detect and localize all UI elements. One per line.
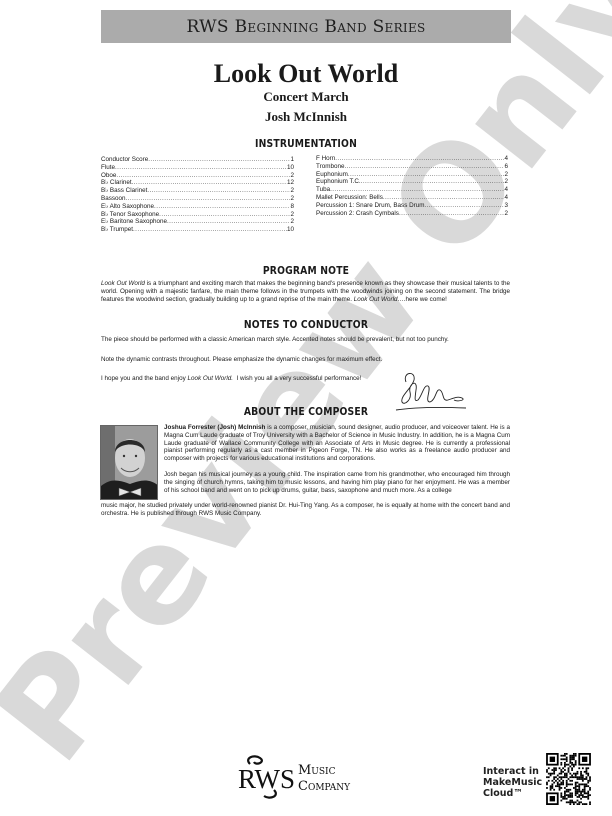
instrument-name: E♭ Baritone Saxophone	[101, 218, 167, 226]
piece-title: Look Out World	[0, 59, 612, 89]
instrumentation-list-left: Conductor Score1Flute10Oboe2B♭ Clarinet1…	[101, 156, 294, 234]
qr-code-icon[interactable]	[546, 753, 591, 805]
part-count: 3	[504, 202, 508, 210]
composer-bio-2-top: Josh began his musical journey as a youn…	[164, 471, 510, 494]
part-count: 2	[504, 210, 508, 218]
part-count: 8	[290, 203, 294, 211]
leader-dots	[147, 187, 290, 195]
leader-dots	[167, 218, 290, 226]
instrumentation-row: Bassoon2	[101, 195, 294, 203]
program-note-heading: PROGRAM NOTE	[37, 265, 576, 277]
leader-dots	[383, 194, 505, 202]
composer-full-name: Joshua Forrester (Josh) McInnish	[164, 424, 265, 431]
leader-dots	[132, 179, 287, 187]
part-count: 2	[290, 172, 294, 180]
instrumentation-row: Euphonium2	[316, 171, 508, 179]
series-banner: RWS Beginning Band Series	[101, 10, 511, 43]
piece-subtitle: Concert March	[0, 89, 612, 105]
leader-dots	[154, 203, 290, 211]
instrumentation-row: B♭ Clarinet12	[101, 179, 294, 187]
conductor-note-2: Note the dynamic contrasts throughout. P…	[101, 356, 510, 364]
composer-bio-1: Joshua Forrester (Josh) McInnish is a co…	[164, 424, 510, 463]
instrumentation-row: Trombone6	[316, 163, 508, 171]
part-count: 4	[504, 186, 508, 194]
composer-bio-2-bottom: music major, he studied privately under …	[101, 502, 510, 518]
makemusic-cloud-label: Interact in MakeMusic Cloud™	[483, 766, 542, 799]
instrument-name: B♭ Tenor Saxophone	[101, 211, 159, 219]
instrumentation-row: B♭ Trumpet10	[101, 226, 294, 234]
instrumentation-heading: INSTRUMENTATION	[37, 138, 576, 150]
instrument-name: F Horn	[316, 155, 335, 163]
logo-line-music: Music	[298, 763, 336, 778]
program-note-title-ref: Look Out World	[101, 280, 145, 287]
instrumentation-list-right: F Horn4Trombone6Euphonium2Euphonium T.C.…	[316, 155, 508, 217]
instrumentation-row: E♭ Alto Saxophone8	[101, 203, 294, 211]
logo-line-company: Company	[298, 779, 351, 794]
part-count: 10	[287, 226, 294, 234]
instrumentation-row: Oboe2	[101, 172, 294, 180]
leader-dots	[424, 202, 504, 210]
instrumentation-row: B♭ Tenor Saxophone2	[101, 211, 294, 219]
instrumentation-row: E♭ Baritone Saxophone2	[101, 218, 294, 226]
instrumentation-row: Percussion 2: Crash Cymbals2	[316, 210, 508, 218]
leader-dots	[126, 195, 291, 203]
instrument-name: Percussion 1: Snare Drum, Bass Drum	[316, 202, 424, 210]
instrument-name: B♭ Trumpet	[101, 226, 133, 234]
leader-dots	[115, 164, 287, 172]
series-title: RWS Beginning Band Series	[186, 17, 425, 37]
instrument-name: Flute	[101, 164, 115, 172]
leader-dots	[116, 172, 290, 180]
part-count: 1	[290, 156, 294, 164]
instrumentation-row: Percussion 1: Snare Drum, Bass Drum3	[316, 202, 508, 210]
instrument-name: Tuba	[316, 186, 330, 194]
instrument-name: Trombone	[316, 163, 344, 171]
leader-dots	[335, 155, 504, 163]
composer-name: Josh McInnish	[0, 109, 612, 125]
instrument-name: B♭ Bass Clarinet	[101, 187, 147, 195]
part-count: 10	[287, 164, 294, 172]
part-count: 6	[504, 163, 508, 171]
part-count: 2	[290, 211, 294, 219]
leader-dots	[330, 186, 504, 194]
leader-dots	[361, 178, 505, 186]
instrument-name: E♭ Alto Saxophone	[101, 203, 154, 211]
notes-to-conductor-heading: NOTES TO CONDUCTOR	[37, 319, 576, 331]
rws-music-company-logo: RWS Music Company	[236, 754, 386, 799]
leader-dots	[159, 211, 290, 219]
instrumentation-row: Conductor Score1	[101, 156, 294, 164]
conductor-note-3: I hope you and the band enjoy Look Out W…	[101, 375, 401, 383]
instrument-name: B♭ Clarinet	[101, 179, 132, 187]
leader-dots	[344, 163, 504, 171]
instrument-name: Mallet Percussion: Bells	[316, 194, 383, 202]
about-composer-heading: ABOUT THE COMPOSER	[37, 406, 576, 418]
instrument-name: Euphonium	[316, 171, 348, 179]
leader-dots	[133, 226, 287, 234]
instrument-name: Oboe	[101, 172, 116, 180]
instrumentation-row: F Horn4	[316, 155, 508, 163]
composer-photo	[100, 425, 158, 500]
leader-dots	[399, 210, 505, 218]
part-count: 2	[290, 218, 294, 226]
conductor-note-1: The piece should be performed with a cla…	[101, 336, 510, 344]
instrumentation-row: Tuba4	[316, 186, 508, 194]
instrumentation-row: Euphonium T.C.2	[316, 178, 508, 186]
part-count: 12	[287, 179, 294, 187]
part-count: 4	[504, 194, 508, 202]
instrumentation-row: B♭ Bass Clarinet2	[101, 187, 294, 195]
instrumentation-row: Flute10	[101, 164, 294, 172]
instrument-name: Conductor Score	[101, 156, 148, 164]
part-count: 4	[504, 155, 508, 163]
part-count: 2	[504, 178, 508, 186]
instrument-name: Percussion 2: Crash Cymbals	[316, 210, 399, 218]
instrument-name: Euphonium T.C.	[316, 178, 361, 186]
leader-dots	[348, 171, 505, 179]
part-count: 2	[290, 187, 294, 195]
part-count: 2	[504, 171, 508, 179]
leader-dots	[148, 156, 290, 164]
logo-mark: RWS	[238, 764, 295, 794]
part-count: 2	[290, 195, 294, 203]
program-note-text: Look Out World is a triumphant and excit…	[101, 280, 510, 303]
instrument-name: Bassoon	[101, 195, 126, 203]
instrumentation-row: Mallet Percussion: Bells4	[316, 194, 508, 202]
